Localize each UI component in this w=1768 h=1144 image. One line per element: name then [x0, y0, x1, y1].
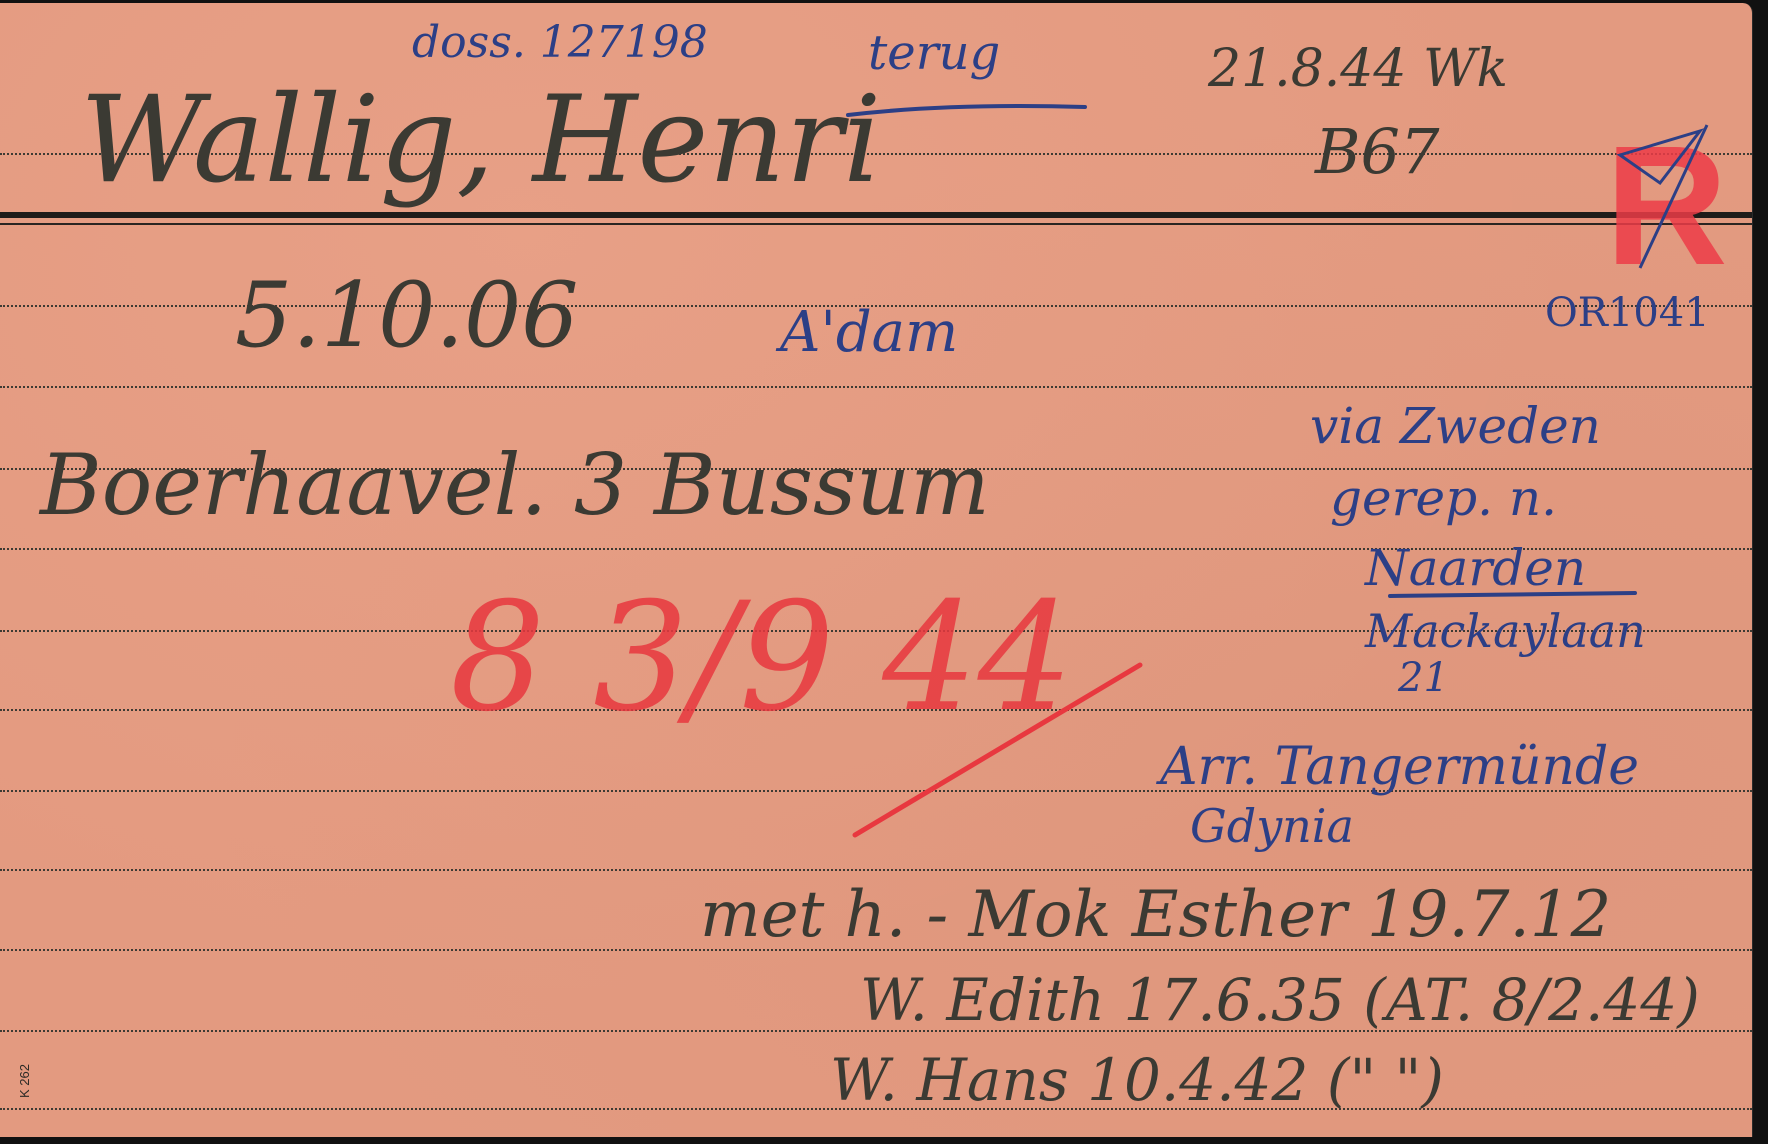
note-line-1: via Zweden — [1310, 401, 1601, 451]
form-code: K 262 — [17, 1064, 32, 1098]
transport-note: Arr. Tangermünde — [1160, 741, 1639, 793]
date-stamp: 21.8.44 Wk — [1208, 43, 1508, 95]
note-line-5: 21 — [1398, 658, 1449, 698]
note-line-3: Naarden — [1365, 543, 1586, 593]
index-card: R doss. 127198 terug 21.8.44 Wk B67 OR10… — [0, 3, 1753, 1137]
birth-place: A'dam — [780, 305, 958, 361]
family-line-1: met h. - Mok Esther 19.7.12 — [700, 883, 1611, 947]
red-date-annotation: 8 3/9 44 — [450, 583, 1073, 733]
dossier-number: doss. 127198 — [412, 21, 708, 65]
card-reference: OR1041 — [1545, 293, 1710, 333]
note-line-2: gerep. n. — [1330, 473, 1557, 523]
family-line-2: W. Edith 17.6.35 (AT. 8/2.44) — [860, 971, 1700, 1029]
code: B67 — [1315, 121, 1439, 183]
birth-date: 5.10.06 — [235, 271, 579, 361]
transport-note-2: Gdynia — [1190, 803, 1354, 849]
status-note: terug — [868, 29, 1000, 77]
person-name: Wallig, Henri — [80, 81, 881, 201]
address: Boerhaavel. 3 Bussum — [40, 443, 990, 527]
note-line-4: Mackaylaan — [1365, 608, 1646, 654]
family-line-3: W. Hans 10.4.42 (" ") — [830, 1051, 1444, 1109]
